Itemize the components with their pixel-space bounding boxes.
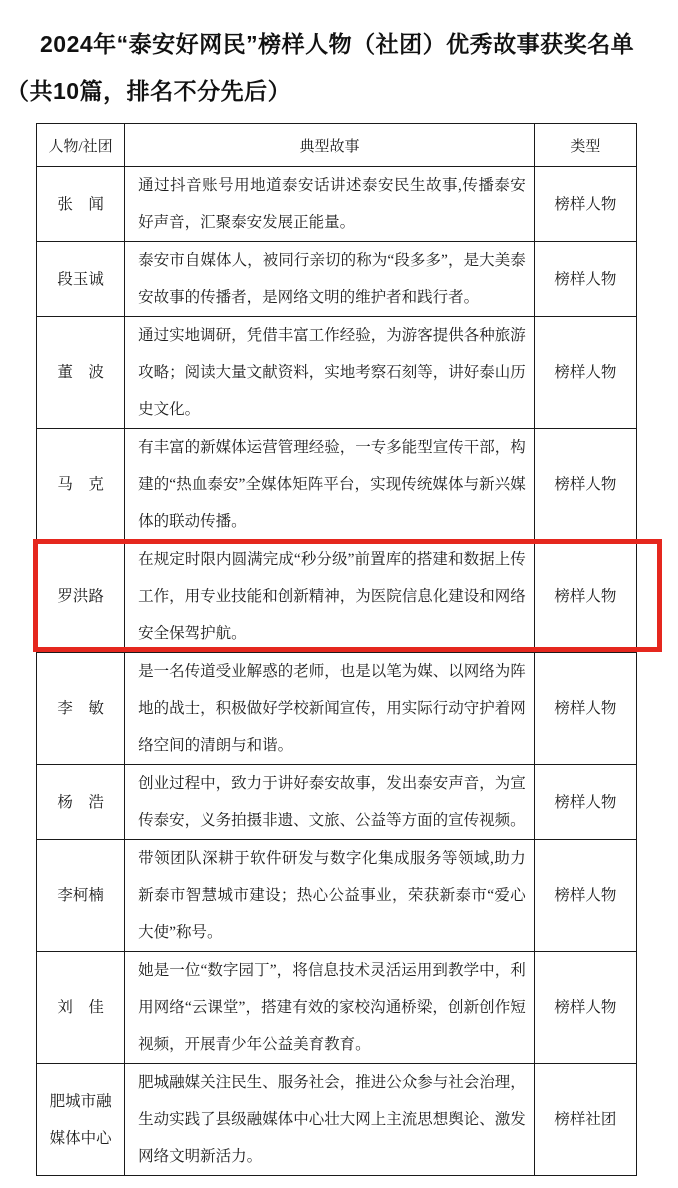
story-cell: 肥城融媒关注民生、服务社会，推进公众参与社会治理，生动实践了县级融媒体中心壮大网… <box>125 1064 535 1176</box>
story-cell: 在规定时限内圆满完成“秒分级”前置库的搭建和数据上传工作，用专业技能和创新精神，… <box>125 541 535 653</box>
person-name-cell: 董 波 <box>37 317 125 429</box>
story-cell: 通过实地调研，凭借丰富工作经验，为游客提供各种旅游攻略；阅读大量文献资料，实地考… <box>125 317 535 429</box>
story-cell: 创业过程中，致力于讲好泰安故事，发出泰安声音，为宣传泰安，义务拍摄非遗、文旅、公… <box>125 765 535 840</box>
table-row: 杨 浩 创业过程中，致力于讲好泰安故事，发出泰安声音，为宣传泰安，义务拍摄非遗、… <box>37 765 637 840</box>
type-cell: 榜样人物 <box>534 541 636 653</box>
story-cell: 是一名传道受业解惑的老师，也是以笔为媒、以网络为阵地的战士，积极做好学校新闻宣传… <box>125 653 535 765</box>
type-cell: 榜样社团 <box>534 1064 636 1176</box>
story-cell: 有丰富的新媒体运营管理经验，一专多能型宣传干部，构建的“热血泰安”全媒体矩阵平台… <box>125 429 535 541</box>
table-row: 刘 佳 她是一位“数字园丁”，将信息技术灵活运用到教学中，利用网络“云课堂”，搭… <box>37 952 637 1064</box>
person-name-cell: 马 克 <box>37 429 125 541</box>
story-cell: 泰安市自媒体人，被同行亲切的称为“段多多”，是大美泰安故事的传播者，是网络文明的… <box>125 242 535 317</box>
person-name-cell: 杨 浩 <box>37 765 125 840</box>
type-cell: 榜样人物 <box>534 840 636 952</box>
person-name-cell: 李 敏 <box>37 653 125 765</box>
table-row: 肥城市融媒体中心 肥城融媒关注民生、服务社会，推进公众参与社会治理，生动实践了县… <box>37 1064 637 1176</box>
column-header-type: 类型 <box>534 124 636 167</box>
story-cell: 她是一位“数字园丁”，将信息技术灵活运用到教学中，利用网络“云课堂”，搭建有效的… <box>125 952 535 1064</box>
table-row: 马 克 有丰富的新媒体运营管理经验，一专多能型宣传干部，构建的“热血泰安”全媒体… <box>37 429 637 541</box>
type-cell: 榜样人物 <box>534 765 636 840</box>
story-cell: 通过抖音账号用地道泰安话讲述泰安民生故事,传播泰安好声音，汇聚泰安发展正能量。 <box>125 167 535 242</box>
person-name-cell: 张 闻 <box>37 167 125 242</box>
column-header-story: 典型故事 <box>125 124 535 167</box>
type-cell: 榜样人物 <box>534 317 636 429</box>
column-header-person: 人物/社团 <box>37 124 125 167</box>
type-cell: 榜样人物 <box>534 653 636 765</box>
table-row: 段玉诚 泰安市自媒体人，被同行亲切的称为“段多多”，是大美泰安故事的传播者，是网… <box>37 242 637 317</box>
table-row: 张 闻 通过抖音账号用地道泰安话讲述泰安民生故事,传播泰安好声音，汇聚泰安发展正… <box>37 167 637 242</box>
type-cell: 榜样人物 <box>534 429 636 541</box>
table-row: 罗洪路 在规定时限内圆满完成“秒分级”前置库的搭建和数据上传工作，用专业技能和创… <box>37 541 637 653</box>
person-name-cell: 罗洪路 <box>37 541 125 653</box>
story-cell: 带领团队深耕于软件研发与数字化集成服务等领域,助力新泰市智慧城市建设；热心公益事… <box>125 840 535 952</box>
table-row: 李柯楠 带领团队深耕于软件研发与数字化集成服务等领域,助力新泰市智慧城市建设；热… <box>37 840 637 952</box>
award-table: 人物/社团 典型故事 类型 张 闻 通过抖音账号用地道泰安话讲述泰安民生故事,传… <box>36 123 637 1176</box>
person-name-cell: 段玉诚 <box>37 242 125 317</box>
table-row: 李 敏 是一名传道受业解惑的老师，也是以笔为媒、以网络为阵地的战士，积极做好学校… <box>37 653 637 765</box>
page-subtitle: （共10篇，排名不分先后） <box>6 73 291 106</box>
table-header-row: 人物/社团 典型故事 类型 <box>37 124 637 167</box>
type-cell: 榜样人物 <box>534 167 636 242</box>
person-name-cell: 肥城市融媒体中心 <box>37 1064 125 1176</box>
page-title: 2024年“泰安好网民”榜样人物（社团）优秀故事获奖名单 <box>40 26 634 59</box>
person-name-cell: 刘 佳 <box>37 952 125 1064</box>
table-row: 董 波 通过实地调研，凭借丰富工作经验，为游客提供各种旅游攻略；阅读大量文献资料… <box>37 317 637 429</box>
type-cell: 榜样人物 <box>534 952 636 1064</box>
document-page: 2024年“泰安好网民”榜样人物（社团）优秀故事获奖名单 （共10篇，排名不分先… <box>0 0 678 1188</box>
person-name-cell: 李柯楠 <box>37 840 125 952</box>
type-cell: 榜样人物 <box>534 242 636 317</box>
